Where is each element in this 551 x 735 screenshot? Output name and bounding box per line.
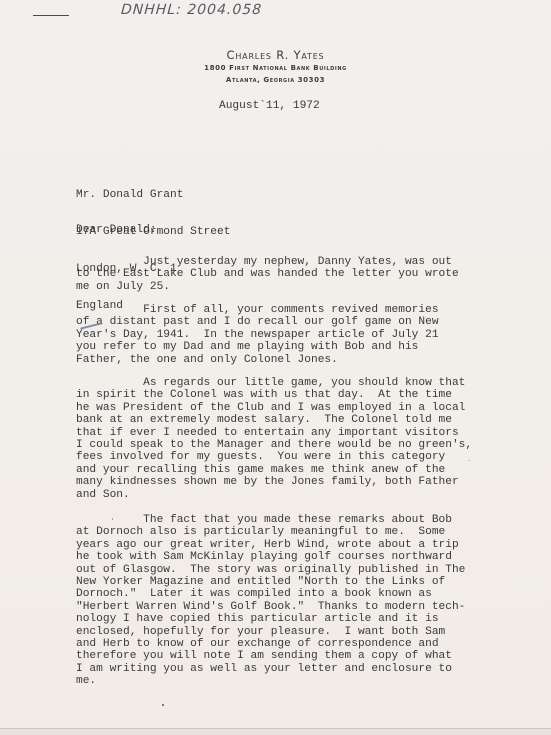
paragraph-line: he was President of the Club and I was e… [76,402,472,414]
paragraph-line: nology I have copied this particular art… [76,613,465,625]
paragraph-line: and Herb to know of our exchange of corr… [76,638,465,650]
paragraph-line: Dornoch." Later it was compiled into a b… [76,588,465,600]
letter-date: August`11, 1972 [219,100,320,112]
paragraph-line: "Herbert Warren Wind's Golf Book." Thank… [76,601,465,613]
ink-speck [162,704,164,706]
paragraph-line: years ago our great writer, Herb Wind, w… [76,539,465,551]
ink-speck [112,518,113,520]
paragraph-line: you refer to my Dad and me playing with … [76,341,439,353]
paragraph-line: enclosed, hopefully for your pleasure. I… [76,626,465,638]
paragraph-line: Year's Day, 1941. In the newspaper artic… [76,329,439,341]
accession-number: DNHHL: 2004.058 [120,2,262,18]
letter-page: DNHHL: 2004.058 Charles R. Yates 1800 Fi… [0,0,551,728]
paragraph-line: Father, the one and only Colonel Jones. [76,354,439,366]
paragraph-line: bank at an extremely modest salary. The … [76,414,472,426]
paragraph-line: and your recalling this game makes me th… [76,464,472,476]
paragraph-4: The fact that you made these remarks abo… [76,514,465,688]
paragraph-line: I could speak to the Manager and there w… [76,439,472,451]
paragraph-line: The fact that you made these remarks abo… [76,514,465,526]
ink-speck [468,460,470,461]
paragraph-line: New Yorker Magazine and entitled "North … [76,576,465,588]
paragraph-line: of a distant past and I do recall our go… [76,316,439,328]
paragraph-line: First of all, your comments revived memo… [76,304,439,316]
paragraph-line: to the East Lake Club and was handed the… [76,268,459,280]
salutation: Dear Donald: [76,224,157,236]
paragraph-2: First of all, your comments revived memo… [76,304,439,366]
paragraph-line: many kindnesses shown me by the Jones fa… [76,476,472,488]
paragraph-line: and Son. [76,489,472,501]
paragraph-1: Just yesterday my nephew, Danny Yates, w… [76,256,459,293]
paragraph-line: at Dornoch also is particularly meaningf… [76,526,465,538]
paragraph-line: me on July 25. [76,281,459,293]
margin-dash-mark [33,15,69,16]
letterhead-address: 1800 First National Bank Building [0,64,551,72]
letterhead-name: Charles R. Yates [0,48,551,62]
paragraph-line: Just yesterday my nephew, Danny Yates, w… [76,256,459,268]
recipient-line: Mr. Donald Grant [76,189,230,201]
paragraph-line: he took with Sam McKinlay playing golf c… [76,551,465,563]
paragraph-line: therefore you will note I am sending the… [76,650,465,662]
paragraph-line: As regards our little game, you should k… [76,377,472,389]
paragraph-line: that if ever I needed to entertain any i… [76,427,472,439]
paragraph-line: I am writing you as well as your letter … [76,663,465,675]
paragraph-line: me. [76,675,465,687]
letterhead-city: Atlanta, Georgia 30303 [0,76,551,84]
paragraph-line: fees involved for my guests. You were in… [76,451,472,463]
paragraph-line: out of Glasgow. The story was originally… [76,564,465,576]
paragraph-line: in spirit the Colonel was with us that d… [76,389,472,401]
paragraph-3: As regards our little game, you should k… [76,377,472,501]
page-bottom-edge [0,728,551,735]
